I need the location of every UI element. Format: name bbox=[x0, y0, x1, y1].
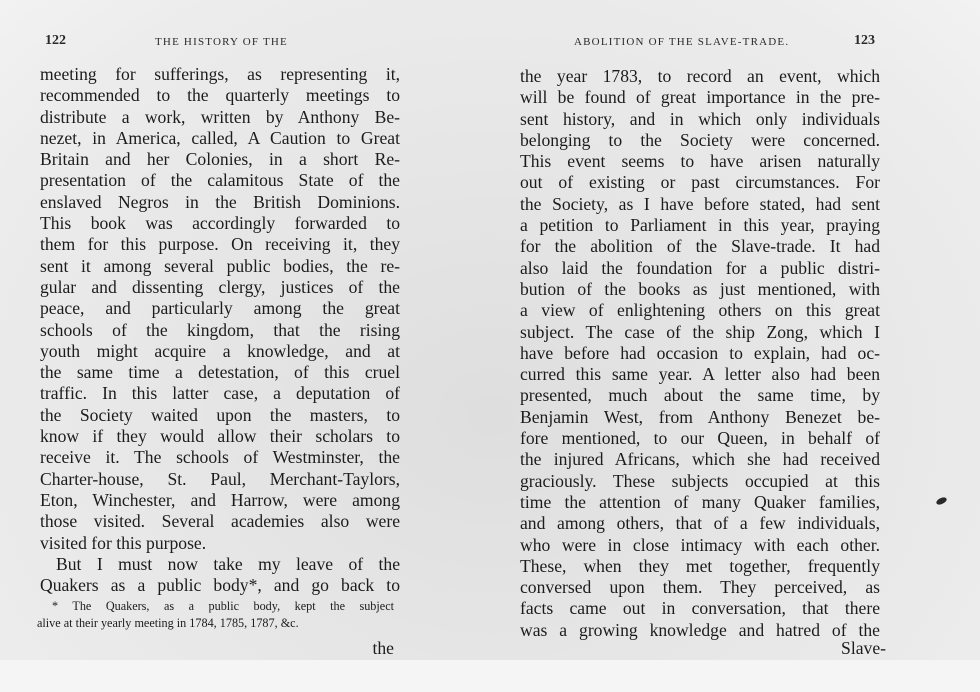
text-line: This event seems to have arisen naturall… bbox=[520, 151, 880, 172]
text-line: peace, and particularly among the great bbox=[40, 298, 400, 319]
text-line: will be found of great importance in the… bbox=[520, 87, 880, 108]
text-line: those visited. Several academies also we… bbox=[40, 511, 400, 532]
text-line: distribute a work, written by Anthony Be… bbox=[40, 107, 400, 128]
text-line: meeting for sufferings, as representing … bbox=[40, 64, 400, 85]
text-line: a petition to Parliament in this year, p… bbox=[520, 215, 880, 236]
text-line: them for this purpose. On receiving it, … bbox=[40, 234, 400, 255]
text-line: graciously. These subjects occupied at t… bbox=[520, 471, 880, 492]
text-line: sent history, and in which only individu… bbox=[520, 109, 880, 130]
text-line: This book was accordingly forwarded to bbox=[40, 213, 400, 234]
left-page: 122 THE HISTORY OF THE meeting for suffe… bbox=[0, 0, 490, 660]
text-line: Charter-house, St. Paul, Merchant-Taylor… bbox=[40, 469, 400, 490]
text-line: gular and dissenting clergy, justices of… bbox=[40, 277, 400, 298]
text-line: youth might acquire a knowledge, and at bbox=[40, 341, 400, 362]
running-head: THE HISTORY OF THE bbox=[155, 36, 288, 52]
text-line: subject. The case of the ship Zong, whic… bbox=[520, 322, 880, 343]
page-number: 123 bbox=[854, 33, 875, 49]
text-line: the same time a detestation, of this cru… bbox=[40, 362, 400, 383]
footnote-line: * The Quakers, as a public body, kept th… bbox=[37, 598, 394, 615]
body-text: the year 1783, to record an event, which… bbox=[520, 66, 880, 641]
text-line: fore mentioned, to our Queen, in behalf … bbox=[520, 428, 880, 449]
text-line: receive it. The schools of Westminster, … bbox=[40, 447, 400, 468]
running-head: ABOLITION OF THE SLAVE-TRADE. bbox=[574, 36, 789, 52]
text-line: enslaved Negros in the British Dominions… bbox=[40, 192, 400, 213]
text-line: who were in close intimacy with each oth… bbox=[520, 535, 880, 556]
footnote: * The Quakers, as a public body, kept th… bbox=[37, 598, 394, 632]
text-line: facts came out in conversation, that the… bbox=[520, 598, 880, 619]
catchword: the bbox=[300, 638, 394, 659]
text-line: visited for this purpose. bbox=[40, 533, 400, 554]
text-line: Benjamin West, from Anthony Benezet be- bbox=[520, 407, 880, 428]
book-spread: 122 THE HISTORY OF THE meeting for suffe… bbox=[0, 0, 980, 692]
footnote-line: alive at their yearly meeting in 1784, 1… bbox=[37, 615, 394, 632]
text-line: know if they would allow their scholars … bbox=[40, 426, 400, 447]
text-line: traffic. In this latter case, a deputati… bbox=[40, 383, 400, 404]
text-line: the injured Africans, which she had rece… bbox=[520, 449, 880, 470]
text-line: the year 1783, to record an event, which bbox=[520, 66, 880, 87]
page-number: 122 bbox=[45, 33, 66, 49]
text-line: time the attention of many Quaker famili… bbox=[520, 492, 880, 513]
text-line: presented, much about the same time, by bbox=[520, 385, 880, 406]
text-line: conversed upon them. They perceived, as bbox=[520, 577, 880, 598]
text-line: Quakers as a public body*, and go back t… bbox=[40, 575, 400, 596]
text-line: for the abolition of the Slave-trade. It… bbox=[520, 236, 880, 257]
text-line: also laid the foundation for a public di… bbox=[520, 258, 880, 279]
text-line: These, when they met together, frequentl… bbox=[520, 556, 880, 577]
text-line: curred this same year. A letter also had… bbox=[520, 364, 880, 385]
text-line: have before had occasion to explain, had… bbox=[520, 343, 880, 364]
text-line: the Society, as I have before stated, ha… bbox=[520, 194, 880, 215]
text-line: schools of the kingdom, that the rising bbox=[40, 320, 400, 341]
text-line: recommended to the quarterly meetings to bbox=[40, 85, 400, 106]
catchword: Slave- bbox=[780, 638, 886, 659]
text-line: Eton, Winchester, and Harrow, were among bbox=[40, 490, 400, 511]
text-line: bution of the books as just mentioned, w… bbox=[520, 279, 880, 300]
text-line: belonging to the Society were concerned. bbox=[520, 130, 880, 151]
text-line: and among others, that of a few individu… bbox=[520, 513, 880, 534]
right-page: ABOLITION OF THE SLAVE-TRADE. 123 the ye… bbox=[490, 0, 980, 660]
text-line: the Society waited upon the masters, to bbox=[40, 405, 400, 426]
text-line: a view of enlightening others on this gr… bbox=[520, 300, 880, 321]
text-line: nezet, in America, called, A Caution to … bbox=[40, 128, 400, 149]
text-line: But I must now take my leave of the bbox=[40, 554, 400, 575]
text-line: out of existing or past circumstances. F… bbox=[520, 172, 880, 193]
body-text: meeting for sufferings, as representing … bbox=[40, 64, 400, 596]
text-line: Britain and her Colonies, in a short Re- bbox=[40, 149, 400, 170]
page-bottom-margin bbox=[0, 660, 980, 692]
text-line: sent it among several public bodies, the… bbox=[40, 256, 400, 277]
text-line: presentation of the calamitous State of … bbox=[40, 170, 400, 191]
